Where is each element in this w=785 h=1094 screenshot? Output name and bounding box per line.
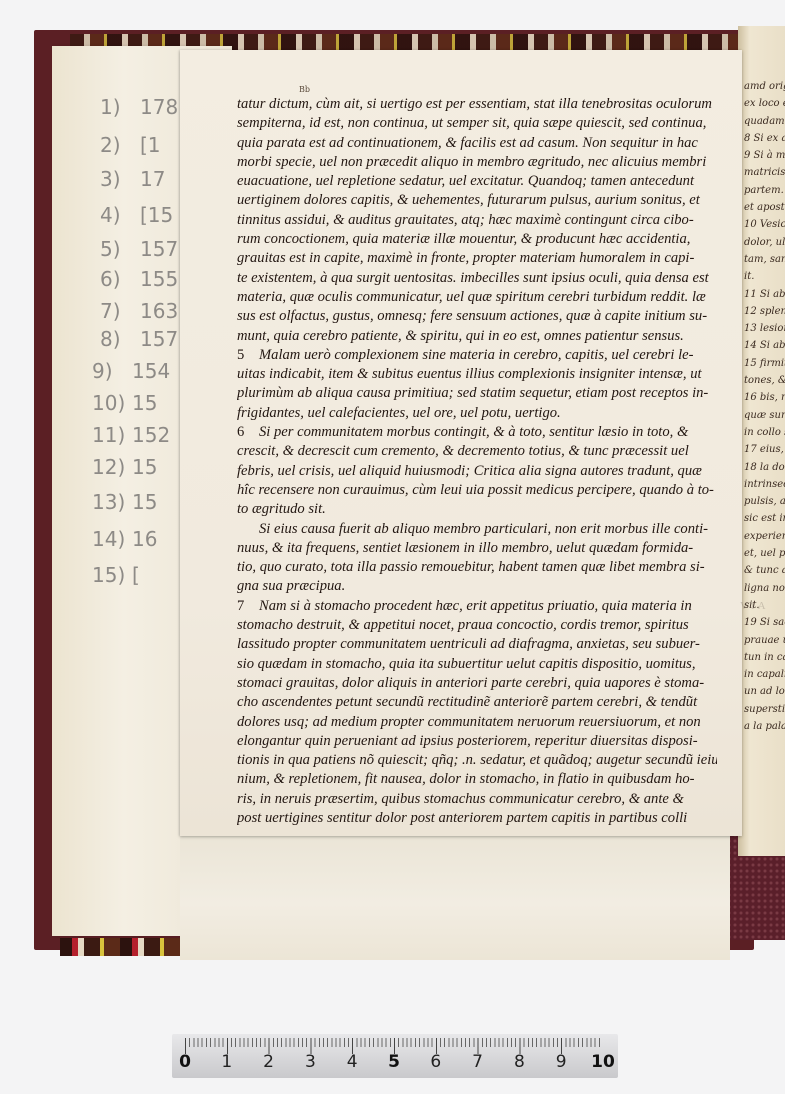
facing-page-line: 13 lesiones, xyxy=(738,320,785,337)
line-text: materia, quæ oculis communicatur, uel qu… xyxy=(237,289,706,305)
line-text: febris, uel crisis, uel aliquid huiusmod… xyxy=(237,463,702,479)
line-text: rum concoctionem, quia materiæ illæ moue… xyxy=(237,231,690,247)
text-line: elongantur quin perueniant ad ipsius pos… xyxy=(237,732,717,751)
line-text: Nam si à stomacho procedent hæc, erit ap… xyxy=(259,598,692,614)
text-line: quia parata est ad continuationem, & fac… xyxy=(237,134,717,153)
line-text: crescit, & decrescit cum cremento, & dec… xyxy=(237,443,689,459)
line-text: euacuatione, uel repletione sedatur, uel… xyxy=(237,173,694,189)
facing-page-line: tun in capitis xyxy=(738,649,785,666)
line-text: sus est olfactus, gustus, omnesq; fere s… xyxy=(237,308,707,324)
signature-mark: Bb xyxy=(299,85,310,94)
text-line: nium, & repletionem, fit nausea, dolor i… xyxy=(237,770,717,789)
text-line: 7Nam si à stomacho procedent hæc, erit a… xyxy=(237,597,717,616)
line-text: grauitas est in capite, maximè in fronte… xyxy=(237,250,694,266)
facing-page-line: experientia, non xyxy=(738,528,785,545)
facing-page-line: in collo sunt, xyxy=(738,424,785,441)
ruler-label: 2 xyxy=(263,1052,274,1072)
note-index: 14) xyxy=(92,527,132,551)
facing-page-line: superstitionis xyxy=(738,701,785,718)
note-value: 15 xyxy=(132,455,157,479)
line-text: tionis in qua patiens nõ quiescit; qñq; … xyxy=(237,752,717,768)
facing-page-line: 17 eius, neq; xyxy=(738,441,785,458)
line-text: Si eius causa fuerit ab aliquo membro pa… xyxy=(259,521,708,537)
facing-page-line: 14 Si ab epat xyxy=(738,337,785,354)
tissue-interleaf xyxy=(180,820,730,960)
facing-page-line: in capaliner xyxy=(738,666,785,683)
note-value: 163 xyxy=(140,299,178,323)
facing-page-line: sic est in eis. E xyxy=(738,510,785,527)
facing-page-line: partem. Verum xyxy=(738,182,785,199)
line-text: plurimùm ab aliqua causa primitiua; sed … xyxy=(237,385,708,401)
line-text: uertiginem dolores capitis, & uehementes… xyxy=(237,192,700,208)
line-text: post uertigines sentitur dolor post ante… xyxy=(237,810,687,826)
line-text: ris, in neruis præsertim, quibus stomach… xyxy=(237,791,684,807)
note-index: 9) xyxy=(92,359,132,383)
line-text: munt, quia cerebro patiente, & spiritu, … xyxy=(237,328,684,344)
facing-page-line: un ad loca f xyxy=(738,683,785,700)
facing-page-line: ligna non tanse xyxy=(738,580,785,597)
facing-page-line: prauae uel in c xyxy=(738,632,785,649)
note-value: [15 xyxy=(140,203,173,227)
note-index: 11) xyxy=(92,423,132,447)
text-line: post uertigines sentitur dolor post ante… xyxy=(237,809,717,828)
line-text: nuus, & ita frequens, sentiet læsionem i… xyxy=(237,540,693,556)
note-value: 16 xyxy=(132,527,157,551)
line-text: sempiterna, id est, non continua, ut sem… xyxy=(237,115,706,131)
facing-page-line: a la palatio xyxy=(738,718,785,735)
line-text: tatur dictum, cùm ait, si uertigo est pe… xyxy=(237,96,712,112)
text-line: uertiginem dolores capitis, & uehementes… xyxy=(237,191,717,210)
pencil-note: 1)178 xyxy=(100,95,178,119)
pencil-note: 15)[ xyxy=(92,563,140,587)
facing-page-line: 19 Si saepe q xyxy=(738,614,785,631)
text-line: sempiterna, id est, non continua, ut sem… xyxy=(237,114,717,133)
facing-page-line: 11 Si ab aliis xyxy=(738,286,785,303)
note-index: 10) xyxy=(92,391,132,415)
line-text: frigidantes, uel calefacientes, uel ore,… xyxy=(237,405,561,421)
facing-page-line: tones, & pra xyxy=(738,372,785,389)
ruler-label: 6 xyxy=(430,1052,441,1072)
facing-page-line: et apostemata xyxy=(738,199,785,216)
note-index: 15) xyxy=(92,563,132,587)
pencil-note: 11)152 xyxy=(92,423,170,447)
ruler-label: 8 xyxy=(514,1052,525,1072)
text-line: ris, in neruis præsertim, quibus stomach… xyxy=(237,790,717,809)
facing-page-line: ex loco etiam xyxy=(738,95,785,112)
text-line: euacuatione, uel repletione sedatur, uel… xyxy=(237,172,717,191)
note-value: 157 xyxy=(140,237,178,261)
text-line: uitas indicabit, item & subitus euentus … xyxy=(237,365,717,384)
facing-page-line: et, uel profundi xyxy=(738,545,785,562)
line-text: Si per communitatem morbus contingit, & … xyxy=(259,424,688,440)
note-index: 4) xyxy=(100,203,140,227)
note-value: 15 xyxy=(132,391,157,415)
note-value: [ xyxy=(132,563,140,587)
text-line: hîc recensere non curauimus, cùm leui ui… xyxy=(237,481,717,500)
facing-page-line: dolor, ulceus, dis xyxy=(738,234,785,251)
line-text: dolores usq; ad medium propter communita… xyxy=(237,714,701,730)
text-line: grauitas est in capite, maximè in fronte… xyxy=(237,249,717,268)
line-text: cho ascendentes petunt secundũ rectitudi… xyxy=(237,694,697,710)
text-line: sus est olfactus, gustus, omnesq; fere s… xyxy=(237,307,717,326)
ruler-label: 0 xyxy=(179,1052,191,1072)
text-line: stomaci grauitas, dolor aliquis in anter… xyxy=(237,674,717,693)
text-line: to ægritudo sit. xyxy=(237,500,717,519)
facing-page-edge: amd originesex loco etiamquadam pra8 Si … xyxy=(738,26,785,856)
scale-ruler: 012345678910 xyxy=(172,1034,618,1078)
line-text: Malam uerò complexionem sine materia in … xyxy=(259,347,693,363)
line-text: uitas indicabit, item & subitus euentus … xyxy=(237,366,702,382)
line-text: nium, & repletionem, fit nausea, dolor i… xyxy=(237,771,695,787)
note-index: 6) xyxy=(100,267,140,291)
text-line: crescit, & decrescit cum cremento, & dec… xyxy=(237,442,717,461)
line-text: stomaci grauitas, dolor aliquis in anter… xyxy=(237,675,704,691)
note-index: 8) xyxy=(100,327,140,351)
pencil-note: 2)[1 xyxy=(100,133,161,157)
section-number: 5 xyxy=(237,346,259,365)
note-index: 12) xyxy=(92,455,132,479)
pencil-note: 7)163 xyxy=(100,299,178,323)
pencil-note: 6)155 xyxy=(100,267,178,291)
facing-page-line: & tunc approx xyxy=(738,562,785,579)
facing-page-line: 9 Si à matric xyxy=(738,147,785,164)
text-line: stomacho destruit, & appetitui nocet, pr… xyxy=(237,616,717,635)
text-line: lassitudo propter communitatem uentricul… xyxy=(237,635,717,654)
facing-page-line: intrinsecæ exc xyxy=(738,476,785,493)
text-line: dolores usq; ad medium propter communita… xyxy=(237,713,717,732)
note-index: 2) xyxy=(100,133,140,157)
ruler-label: 5 xyxy=(388,1052,400,1072)
note-value: 155 xyxy=(140,267,178,291)
note-index: 1) xyxy=(100,95,140,119)
text-line: te existentem, à qua surgit uentositas. … xyxy=(237,269,717,288)
note-value: 154 xyxy=(132,359,170,383)
text-line: 6Si per communitatem morbus contingit, &… xyxy=(237,423,717,442)
section-number: 6 xyxy=(237,423,259,442)
note-value: 157 xyxy=(140,327,178,351)
pencil-note: 3)17 xyxy=(100,167,165,191)
facing-page-line: 18 la dolor xyxy=(738,459,785,476)
text-line: plurimùm ab aliqua causa primitiua; sed … xyxy=(237,384,717,403)
facing-page-line: amd origines xyxy=(738,78,785,95)
text-line: morbi specie, uel non præcedit aliquo in… xyxy=(237,153,717,172)
line-text: elongantur quin perueniant ad ipsius pos… xyxy=(237,733,698,749)
note-value: 152 xyxy=(132,423,170,447)
line-text: gna sua præcipua. xyxy=(237,578,345,594)
facing-page-line: tam, sanguinis xyxy=(738,251,785,268)
text-line: febris, uel crisis, uel aliquid huiusmod… xyxy=(237,462,717,481)
text-line: Si eius causa fuerit ab aliquo membro pa… xyxy=(237,520,717,539)
pencil-note: 13)15 xyxy=(92,490,157,514)
line-text: tio, quo curato, tota illa passio remoue… xyxy=(237,559,705,575)
text-line: nuus, & ita frequens, sentiet læsionem i… xyxy=(237,539,717,558)
text-line: cho ascendentes petunt secundũ rectitudi… xyxy=(237,693,717,712)
facing-page-line: matricis perfec xyxy=(738,164,785,181)
text-line: 5Malam uerò complexionem sine materia in… xyxy=(237,346,717,365)
pencil-note: 4)[15 xyxy=(100,203,173,227)
line-text: sio quædam in stomacho, quia ita subuert… xyxy=(237,656,696,672)
facing-page-line: quadam pra xyxy=(738,113,785,130)
note-value: 178 xyxy=(140,95,178,119)
note-value: 17 xyxy=(140,167,165,191)
line-text: tinnitus assidui, & auditus grauitates, … xyxy=(237,212,694,228)
text-line: tatur dictum, cùm ait, si uertigo est pe… xyxy=(237,95,717,114)
section-number: 7 xyxy=(237,597,259,616)
line-text: to ægritudo sit. xyxy=(237,501,326,517)
line-text: lassitudo propter communitatem uentricul… xyxy=(237,636,700,652)
ruler-label: 4 xyxy=(347,1052,358,1072)
note-value: [1 xyxy=(140,133,161,157)
facing-page-line: 16 bis, nemp xyxy=(738,389,785,406)
note-index: 7) xyxy=(100,299,140,323)
text-line: munt, quia cerebro patiente, & spiritu, … xyxy=(237,327,717,346)
pencil-note: 12)15 xyxy=(92,455,157,479)
facing-page-line: 8 Si ex albis xyxy=(738,130,785,147)
ruler-label: 1 xyxy=(221,1052,232,1072)
ruler-label: 7 xyxy=(472,1052,483,1072)
facing-page-line: it. xyxy=(738,268,785,285)
text-line: rum concoctionem, quia materiæ illæ moue… xyxy=(237,230,717,249)
pencil-note: 9)154 xyxy=(92,359,170,383)
text-line: frigidantes, uel calefacientes, uel ore,… xyxy=(237,404,717,423)
facing-page-line: 10 Vesica si xyxy=(738,216,785,233)
line-text: morbi specie, uel non præcedit aliquo in… xyxy=(237,154,706,170)
text-line: materia, quæ oculis communicatur, uel qu… xyxy=(237,288,717,307)
line-text: quia parata est ad continuationem, & fac… xyxy=(237,135,698,151)
ruler-label: 9 xyxy=(556,1052,567,1072)
bleed-through-heading: VIA xyxy=(740,600,769,612)
facing-page-line: quæ sunt in c xyxy=(738,407,785,424)
facing-page-line: pulsis, aut liga xyxy=(738,493,785,510)
facing-page-line: 12 splene, seu xyxy=(738,303,785,320)
line-text: te existentem, à qua surgit uentositas. … xyxy=(237,270,709,286)
page-body-text: tatur dictum, cùm ait, si uertigo est pe… xyxy=(237,95,717,828)
note-index: 13) xyxy=(92,490,132,514)
note-value: 15 xyxy=(132,490,157,514)
line-text: hîc recensere non curauimus, cùm leui ui… xyxy=(237,482,714,498)
line-text: stomacho destruit, & appetitui nocet, pr… xyxy=(237,617,689,633)
pencil-note: 14)16 xyxy=(92,527,157,551)
text-line: tionis in qua patiens nõ quiescit; qñq; … xyxy=(237,751,717,770)
pencil-note: 10)15 xyxy=(92,391,157,415)
pencil-note: 8)157 xyxy=(100,327,178,351)
pencil-note: 5)157 xyxy=(100,237,178,261)
text-line: tio, quo curato, tota illa passio remoue… xyxy=(237,558,717,577)
note-index: 5) xyxy=(100,237,140,261)
text-line: gna sua præcipua. xyxy=(237,577,717,596)
main-printed-page: Bb tatur dictum, cùm ait, si uertigo est… xyxy=(180,50,742,836)
ruler-label: 10 xyxy=(591,1052,615,1072)
text-line: tinnitus assidui, & auditus grauitates, … xyxy=(237,211,717,230)
text-line: sio quædam in stomacho, quia ita subuert… xyxy=(237,655,717,674)
note-index: 3) xyxy=(100,167,140,191)
facing-page-line: 15 firmitates xyxy=(738,355,785,372)
ruler-label: 3 xyxy=(305,1052,316,1072)
